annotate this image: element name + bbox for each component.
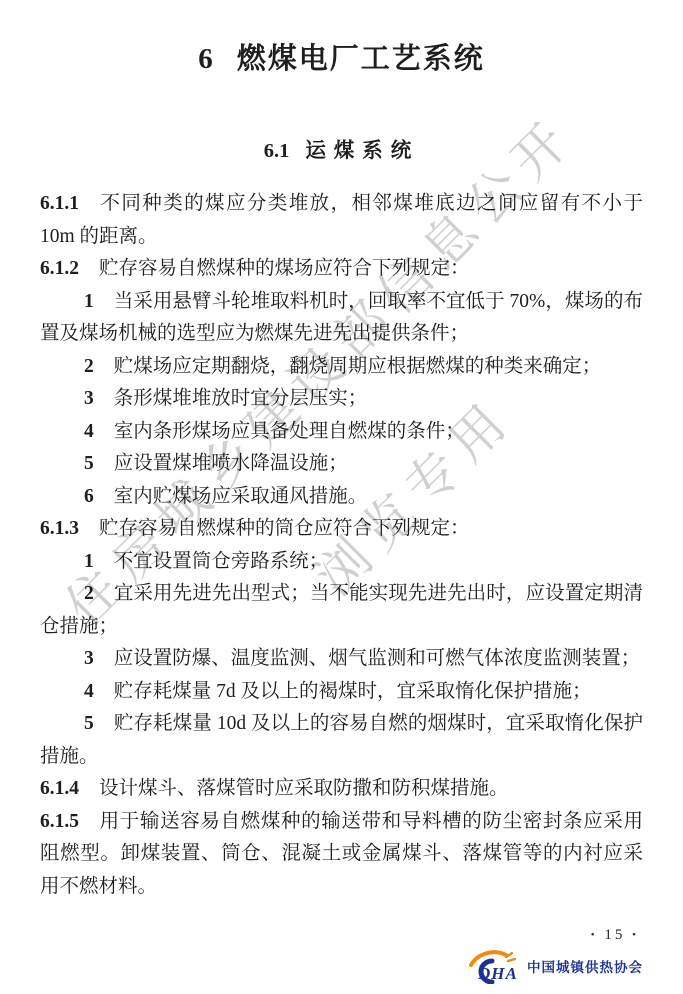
dha-logo-emblem-icon: DHA — [466, 948, 522, 984]
paragraph-number: 5 — [84, 713, 114, 734]
sub-item-paragraph: 4室内条形煤场应具备处理自燃煤的条件； — [40, 416, 643, 449]
sub-item-paragraph: 2宜采用先进先出型式；当不能实现先进先出时，应设置定期清仓措施； — [40, 578, 643, 643]
sub-item-paragraph: 1当采用悬臂斗轮堆取料机时，回取率不宜低于 70%，煤场的布置及煤场机械的选型应… — [40, 286, 643, 351]
paragraph-number: 2 — [84, 356, 114, 377]
paragraph-text: 室内贮煤场应采取通风措施。 — [114, 486, 368, 507]
chapter-title: 燃煤电厂工艺系统 — [237, 43, 485, 75]
dha-logo: DHA 中国城镇供热协会 — [466, 948, 643, 984]
paragraph-text: 宜采用先进先出型式；当不能实现先进先出时，应设置定期清仓措施； — [40, 583, 643, 637]
sub-item-paragraph: 5贮存耗煤量 10d 及以上的容易自燃的烟煤时，宜采取惰化保护措施。 — [40, 708, 643, 773]
chapter-heading: 6燃煤电厂工艺系统 — [0, 36, 683, 77]
paragraph-text: 应设置煤堆喷水降温设施； — [114, 453, 348, 474]
sub-item-paragraph: 3条形煤堆堆放时宜分层压实； — [40, 383, 643, 416]
paragraph-text: 贮煤场应定期翻烧，翻烧周期应根据燃煤的种类来确定； — [114, 356, 602, 377]
svg-text:DHA: DHA — [477, 964, 518, 983]
paragraph-number: 1 — [84, 291, 114, 312]
paragraph-text: 条形煤堆堆放时宜分层压实； — [114, 388, 368, 409]
clause-paragraph: 6.1.1不同种类的煤应分类堆放，相邻煤堆底边之间应留有不小于 10m 的距离。 — [40, 188, 643, 253]
clause-paragraph: 6.1.5用于输送容易自燃煤种的输送带和导料槽的防尘密封条应采用阻燃型。卸煤装置… — [40, 806, 643, 904]
paragraph-number: 1 — [84, 551, 114, 572]
paragraph-number: 6.1.1 — [40, 193, 99, 214]
paragraph-number: 6.1.5 — [40, 811, 99, 832]
clause-paragraph: 6.1.2贮存容易自燃煤种的煤场应符合下列规定： — [40, 253, 643, 286]
paragraph-number: 4 — [84, 681, 114, 702]
body-text: 6.1.1不同种类的煤应分类堆放，相邻煤堆底边之间应留有不小于 10m 的距离。… — [40, 188, 643, 903]
page-number-right-dot: • — [632, 929, 639, 941]
paragraph-text: 应设置防爆、温度监测、烟气监测和可燃气体浓度监测装置； — [114, 648, 641, 669]
section-number: 6.1 — [264, 140, 290, 162]
paragraph-number: 6 — [84, 486, 114, 507]
paragraph-number: 2 — [84, 583, 114, 604]
section-title: 运煤系统 — [305, 140, 419, 162]
paragraph-text: 设计煤斗、落煤管时应采取防撒和防积煤措施。 — [99, 778, 509, 799]
paragraph-text: 用于输送容易自燃煤种的输送带和导料槽的防尘密封条应采用阻燃型。卸煤装置、筒仓、混… — [40, 811, 643, 897]
paragraph-text: 贮存容易自燃煤种的煤场应符合下列规定： — [99, 258, 470, 279]
paragraph-number: 3 — [84, 648, 114, 669]
paragraph-text: 贮存耗煤量 10d 及以上的容易自燃的烟煤时，宜采取惰化保护措施。 — [40, 713, 643, 767]
paragraph-number: 6.1.2 — [40, 258, 99, 279]
sub-item-paragraph: 3应设置防爆、温度监测、烟气监测和可燃气体浓度监测装置； — [40, 643, 643, 676]
paragraph-number: 4 — [84, 421, 114, 442]
document-page: 6燃煤电厂工艺系统 6.1运煤系统 6.1.1不同种类的煤应分类堆放，相邻煤堆底… — [0, 0, 683, 994]
paragraph-text: 室内条形煤场应具备处理自燃煤的条件； — [114, 421, 465, 442]
paragraph-text: 不同种类的煤应分类堆放，相邻煤堆底边之间应留有不小于 10m 的距离。 — [40, 193, 643, 247]
dha-logo-name: 中国城镇供热协会 — [527, 956, 643, 976]
sub-item-paragraph: 1不宜设置筒仓旁路系统； — [40, 546, 643, 579]
page-footer: • 15 • DHA 中国城镇供热协会 — [466, 927, 643, 984]
paragraph-text: 当采用悬臂斗轮堆取料机时，回取率不宜低于 70%，煤场的布置及煤场机械的选型应为… — [40, 291, 643, 345]
page-number: • 15 • — [591, 927, 639, 944]
section-heading: 6.1运煤系统 — [0, 133, 683, 163]
paragraph-number: 6.1.4 — [40, 778, 99, 799]
paragraph-text: 贮存耗煤量 7d 及以上的褐煤时，宜采取惰化保护措施； — [114, 681, 592, 702]
sub-item-paragraph: 4贮存耗煤量 7d 及以上的褐煤时，宜采取惰化保护措施； — [40, 676, 643, 709]
sub-item-paragraph: 5应设置煤堆喷水降温设施； — [40, 448, 643, 481]
paragraph-text: 贮存容易自燃煤种的筒仓应符合下列规定： — [99, 518, 470, 539]
paragraph-text: 不宜设置筒仓旁路系统； — [114, 551, 329, 572]
chapter-number: 6 — [198, 43, 213, 75]
sub-item-paragraph: 6室内贮煤场应采取通风措施。 — [40, 481, 643, 514]
paragraph-number: 6.1.3 — [40, 518, 99, 539]
clause-paragraph: 6.1.4设计煤斗、落煤管时应采取防撒和防积煤措施。 — [40, 773, 643, 806]
paragraph-number: 3 — [84, 388, 114, 409]
sub-item-paragraph: 2贮煤场应定期翻烧，翻烧周期应根据燃煤的种类来确定； — [40, 351, 643, 384]
page-number-value: 15 — [604, 927, 625, 943]
paragraph-number: 5 — [84, 453, 114, 474]
page-number-left-dot: • — [591, 929, 598, 941]
clause-paragraph: 6.1.3贮存容易自燃煤种的筒仓应符合下列规定： — [40, 513, 643, 546]
